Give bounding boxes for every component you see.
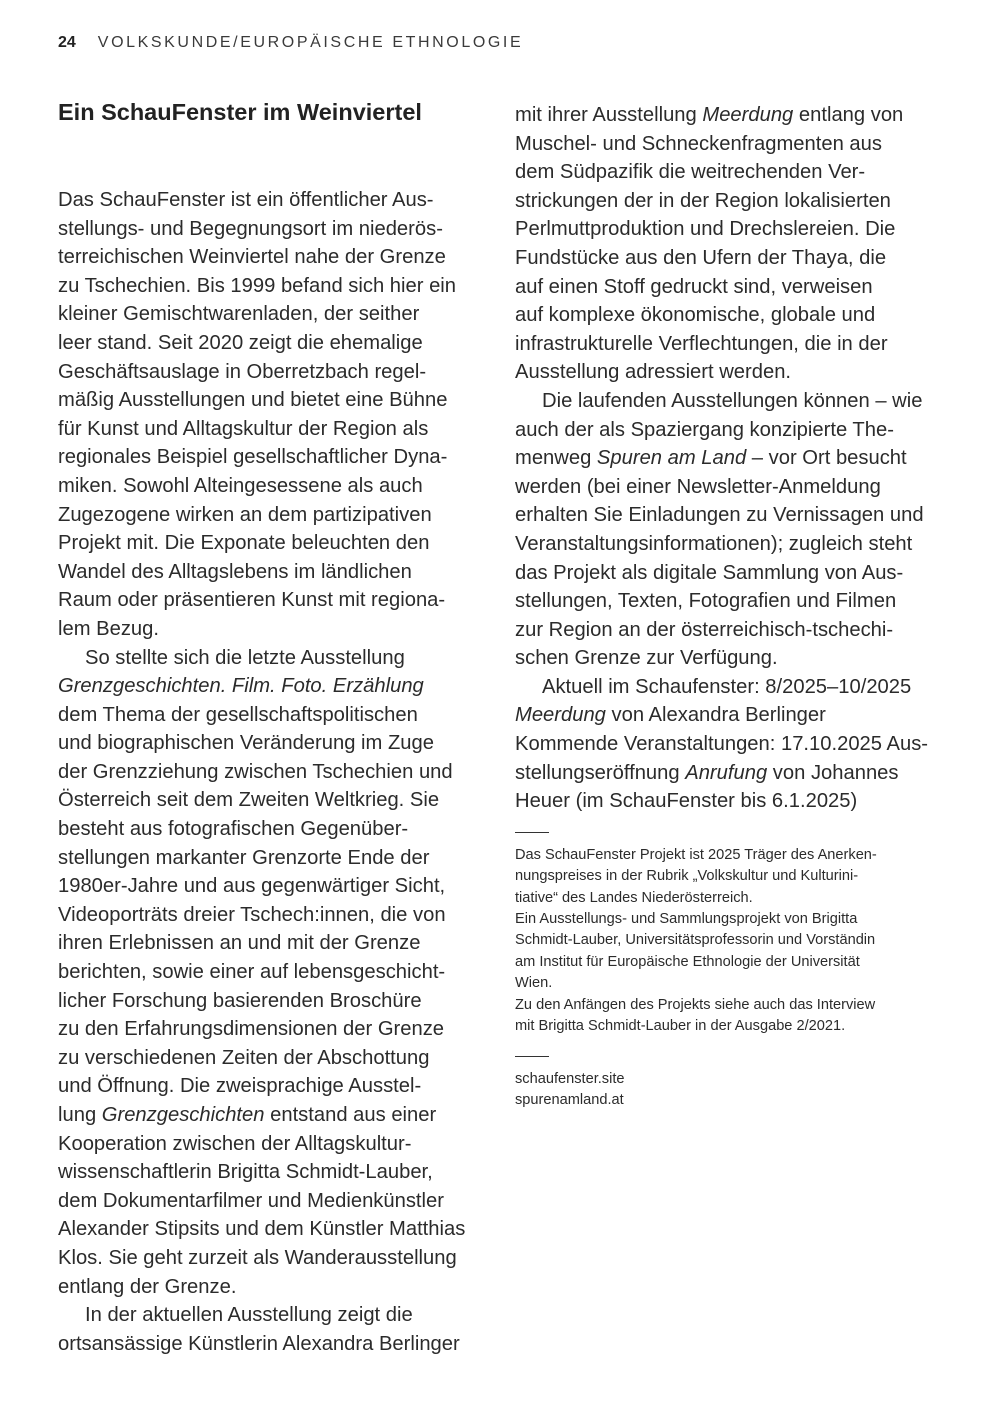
paragraph-intro: Das SchauFenster ist ein öffentlicher Au… <box>58 186 488 644</box>
left-column: Das SchauFenster ist ein öffentlicher Au… <box>58 186 488 1358</box>
footnotes: Das SchauFenster Projekt ist 2025 Träger… <box>515 845 955 1038</box>
text-line: zu Tschechien. Bis 1999 befand sich hier… <box>58 272 488 301</box>
text-line: miken. Sowohl Alteingesessene als auch <box>58 472 488 501</box>
text-line: stellungen, Texten, Fotografien und Film… <box>515 587 955 616</box>
exhibition-title: Meerdung <box>515 704 606 726</box>
text-line: Kooperation zwischen der Alltagskultur- <box>58 1130 488 1159</box>
page-number: 24 <box>58 34 76 51</box>
text-fragment: von Johannes <box>767 762 898 784</box>
text-line: das Projekt als digitale Sammlung von Au… <box>515 559 955 588</box>
note-line: Zu den Anfängen des Projekts siehe auch … <box>515 995 955 1016</box>
text-line: ortsansässige Künstlerin Alexandra Berli… <box>58 1330 488 1359</box>
text-line: stellungs- und Begegnungsort im niederös… <box>58 215 488 244</box>
exhibition-title: Grenzgeschichten. Film. Foto. Erzählung <box>58 675 424 697</box>
text-line: kleiner Gemischtwarenladen, der seither <box>58 300 488 329</box>
text-line: 1980er-Jahre und aus gegenwärtiger Sicht… <box>58 872 488 901</box>
text-line: dem Thema der gesellschaftspolitischen <box>58 701 488 730</box>
text-line: Raum oder präsentieren Kunst mit regiona… <box>58 586 488 615</box>
text-line: Perlmuttproduktion und Drechslereien. Di… <box>515 215 955 244</box>
paragraph-current-events: Aktuell im Schaufenster: 8/2025–10/2025 … <box>515 673 955 816</box>
text-line: stellungen markanter Grenzorte Ende der <box>58 844 488 873</box>
paragraph-visits: Die laufenden Ausstellungen können – wie… <box>515 387 955 673</box>
paragraph-meerdung-start: In der aktuellen Ausstellung zeigt die o… <box>58 1301 488 1358</box>
text-line: entlang der Grenze. <box>58 1273 488 1302</box>
text-fragment: stellungseröffnung <box>515 762 685 784</box>
link-schaufenster[interactable]: schaufenster.site <box>515 1069 955 1090</box>
text-line: Meerdung von Alexandra Berlinger <box>515 701 955 730</box>
text-line: Alexander Stipsits und dem Künstler Matt… <box>58 1215 488 1244</box>
note-line: mit Brigitta Schmidt-Lauber in der Ausga… <box>515 1016 955 1037</box>
divider <box>515 1056 549 1057</box>
text-line: auf komplexe ökonomische, globale und <box>515 301 955 330</box>
text-line: Aktuell im Schaufenster: 8/2025–10/2025 <box>515 673 955 702</box>
text-line: Wandel des Alltagslebens im ländlichen <box>58 558 488 587</box>
text-line: zu den Erfahrungsdimensionen der Grenze <box>58 1015 488 1044</box>
text-line: für Kunst und Alltagskultur der Region a… <box>58 415 488 444</box>
section-title: VOLKSKUNDE/EUROPÄISCHE ETHNOLOGIE <box>98 34 523 51</box>
text-line: erhalten Sie Einladungen zu Vernissagen … <box>515 501 955 530</box>
note-line: Wien. <box>515 973 955 994</box>
text-line: Veranstaltungsinformationen); zugleich s… <box>515 530 955 559</box>
text-line: Geschäftsauslage in Oberretzbach regel- <box>58 358 488 387</box>
text-fragment: lung <box>58 1104 102 1126</box>
link-spurenamland[interactable]: spurenamland.at <box>515 1090 955 1111</box>
running-head: 24VOLKSKUNDE/EUROPÄISCHE ETHNOLOGIE <box>58 34 523 52</box>
right-column: mit ihrer Ausstellung Meerdung entlang v… <box>515 101 955 1111</box>
text-line: Zugezogene wirken an dem partizipativen <box>58 501 488 530</box>
text-line: terreichischen Weinviertel nahe der Gren… <box>58 243 488 272</box>
text-line: auf einen Stoff gedruckt sind, verweisen <box>515 273 955 302</box>
divider <box>515 832 549 833</box>
paragraph-grenzgeschichten: So stellte sich die letzte Ausstellung G… <box>58 644 488 1302</box>
text-line: Das SchauFenster ist ein öffentlicher Au… <box>58 186 488 215</box>
text-line: zu verschiedenen Zeiten der Abschottung <box>58 1044 488 1073</box>
note-line: Schmidt-Lauber, Universitätsprofessorin … <box>515 930 955 951</box>
text-line: besteht aus fotografischen Gegenüber- <box>58 815 488 844</box>
text-line: licher Forschung basierenden Broschüre <box>58 987 488 1016</box>
text-fragment: mit ihrer Ausstellung <box>515 104 702 126</box>
text-line: dem Südpazifik die weitrechenden Ver- <box>515 158 955 187</box>
text-line: stellungseröffnung Anrufung von Johannes <box>515 759 955 788</box>
text-line: und biographischen Veränderung im Zuge <box>58 729 488 758</box>
exhibition-title: Anrufung <box>685 762 767 784</box>
text-line: wissenschaftlerin Brigitta Schmidt-Laube… <box>58 1158 488 1187</box>
text-line: Klos. Sie geht zurzeit als Wanderausstel… <box>58 1244 488 1273</box>
text-line: Heuer (im SchauFenster bis 6.1.2025) <box>515 787 955 816</box>
exhibition-title: Meerdung <box>702 104 793 126</box>
text-line: infrastrukturelle Verflechtungen, die in… <box>515 330 955 359</box>
text-line: werden (bei einer Newsletter-Anmeldung <box>515 473 955 502</box>
website-links: schaufenster.site spurenamland.at <box>515 1069 955 1112</box>
text-line: Projekt mit. Die Exponate beleuchten den <box>58 529 488 558</box>
text-line: und Öffnung. Die zweisprachige Ausstel- <box>58 1072 488 1101</box>
text-fragment: entstand aus einer <box>265 1104 437 1126</box>
text-fragment: – vor Ort besucht <box>746 447 906 469</box>
text-line: regionales Beispiel gesellschaftlicher D… <box>58 443 488 472</box>
text-line: schen Grenze zur Verfügung. <box>515 644 955 673</box>
trail-title: Spuren am Land <box>597 447 746 469</box>
text-line: berichten, sowie einer auf lebensgeschic… <box>58 958 488 987</box>
note-line: Das SchauFenster Projekt ist 2025 Träger… <box>515 845 955 866</box>
text-line: Ausstellung adressiert werden. <box>515 358 955 387</box>
text-line: mit ihrer Ausstellung Meerdung entlang v… <box>515 101 955 130</box>
text-line: Fundstücke aus den Ufern der Thaya, die <box>515 244 955 273</box>
text-line: leer stand. Seit 2020 zeigt die ehemalig… <box>58 329 488 358</box>
text-line: Kommende Veranstaltungen: 17.10.2025 Aus… <box>515 730 955 759</box>
text-line: Muschel- und Schneckenfragmenten aus <box>515 130 955 159</box>
text-line: strickungen der in der Region lokalisier… <box>515 187 955 216</box>
text-line: mäßig Ausstellungen und bietet eine Bühn… <box>58 386 488 415</box>
text-line: auch der als Spaziergang konzipierte The… <box>515 416 955 445</box>
paragraph-meerdung-cont: mit ihrer Ausstellung Meerdung entlang v… <box>515 101 955 387</box>
text-line: dem Dokumentarfilmer und Medienkünstler <box>58 1187 488 1216</box>
text-line: lem Bezug. <box>58 615 488 644</box>
text-line: So stellte sich die letzte Ausstellung <box>58 644 488 673</box>
text-line: Die laufenden Ausstellungen können – wie <box>515 387 955 416</box>
note-line: Ein Ausstellungs- und Sammlungsprojekt v… <box>515 909 955 930</box>
text-line: ihren Erlebnissen an und mit der Grenze <box>58 929 488 958</box>
text-fragment: menweg <box>515 447 597 469</box>
note-line: am Institut für Europäische Ethnologie d… <box>515 952 955 973</box>
note-line: tiative“ des Landes Niederösterreich. <box>515 888 955 909</box>
text-line: der Grenzziehung zwischen Tschechien und <box>58 758 488 787</box>
article-title: Ein SchauFenster im Weinviertel <box>58 99 422 126</box>
text-line: Österreich seit dem Zweiten Weltkrieg. S… <box>58 786 488 815</box>
exhibition-title: Grenzgeschichten <box>102 1104 265 1126</box>
text-fragment: entlang von <box>793 104 903 126</box>
text-line: menweg Spuren am Land – vor Ort besucht <box>515 444 955 473</box>
text-line: zur Region an der österreichisch-tschech… <box>515 616 955 645</box>
text-fragment: von Alexandra Berlinger <box>606 704 826 726</box>
text-line: In der aktuellen Ausstellung zeigt die <box>58 1301 488 1330</box>
text-line: Videoporträts dreier Tschech:innen, die … <box>58 901 488 930</box>
text-line: lung Grenzgeschichten entstand aus einer <box>58 1101 488 1130</box>
note-line: nungspreises in der Rubrik „Volkskultur … <box>515 866 955 887</box>
